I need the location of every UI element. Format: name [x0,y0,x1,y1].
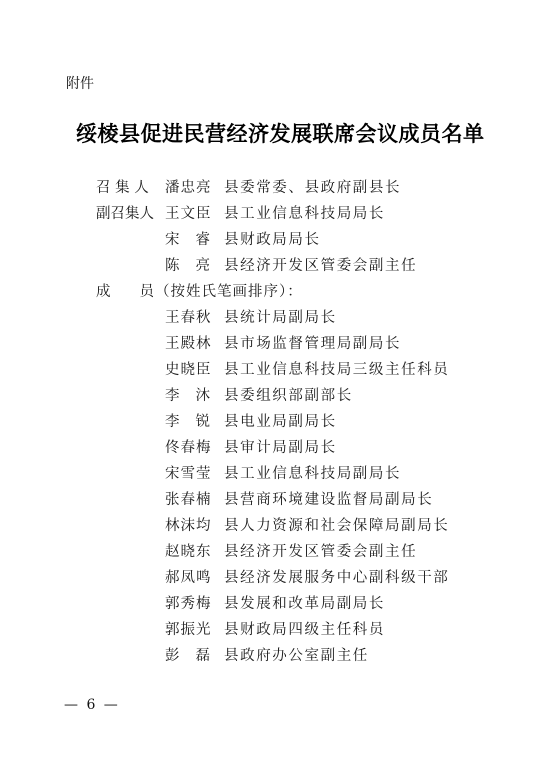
person-post: 县工业信息科技局三级主任科员 [224,359,449,381]
page-number: — 6 — [64,697,120,713]
person-post: 县工业信息科技局局长 [224,203,385,225]
person-name: 佟春梅 [165,437,217,459]
person-name: 史晓臣 [165,359,217,381]
attachment-label: 附件 [66,73,94,93]
person-name: 郝凤鸣 [165,567,217,589]
person-post: 县发展和改革局副局长 [224,593,385,615]
person-post: 县统计局副局长 [224,307,337,329]
person-post: 县经济发展服务中心副科级干部 [224,567,449,589]
role-label-convener: 召 集 人 [96,177,162,199]
person-name: 王殿林 [165,333,217,355]
role-label-members: 成员（按姓氏笔画排序）： [96,281,303,303]
person-post: 县委常委、县政府副县长 [224,177,401,199]
person-post: 县政府办公室副主任 [224,645,369,667]
person-post: 县委组织部副部长 [224,385,353,407]
person-name: 彭磊 [165,645,217,667]
person-post: 县人力资源和社会保障局副局长 [224,515,449,537]
person-post: 县审计局副局长 [224,437,337,459]
person-name: 赵晓东 [165,541,217,563]
person-post: 县经济开发区管委会副主任 [224,541,417,563]
person-name: 王文臣 [165,203,217,225]
document-title: 绥棱县促进民营经济发展联席会议成员名单 [76,118,485,148]
members-label-end: 员（按姓氏笔画排序）： [140,284,303,300]
person-post: 县经济开发区管委会副主任 [224,255,417,277]
person-name: 李沐 [165,385,217,407]
person-post: 县市场监督管理局副局长 [224,333,401,355]
person-name: 林沫均 [165,515,217,537]
person-name: 郭秀梅 [165,593,217,615]
person-post: 县电业局副局长 [224,411,337,433]
person-post: 县营商环境建设监督局副局长 [224,489,433,511]
person-name: 王春秋 [165,307,217,329]
person-name: 张春楠 [165,489,217,511]
person-name: 陈亮 [165,255,217,277]
person-post: 县工业信息科技局副局长 [224,463,401,485]
person-name: 郭振光 [165,619,217,641]
person-name: 宋睿 [165,229,217,251]
person-name: 潘忠亮 [165,177,217,199]
person-post: 县财政局四级主任科员 [224,619,385,641]
members-label-start: 成 [96,284,112,300]
role-label-deputy-convener: 副召集人 [96,203,162,225]
person-name: 李锐 [165,411,217,433]
person-post: 县财政局局长 [224,229,321,251]
person-name: 宋雪莹 [165,463,217,485]
